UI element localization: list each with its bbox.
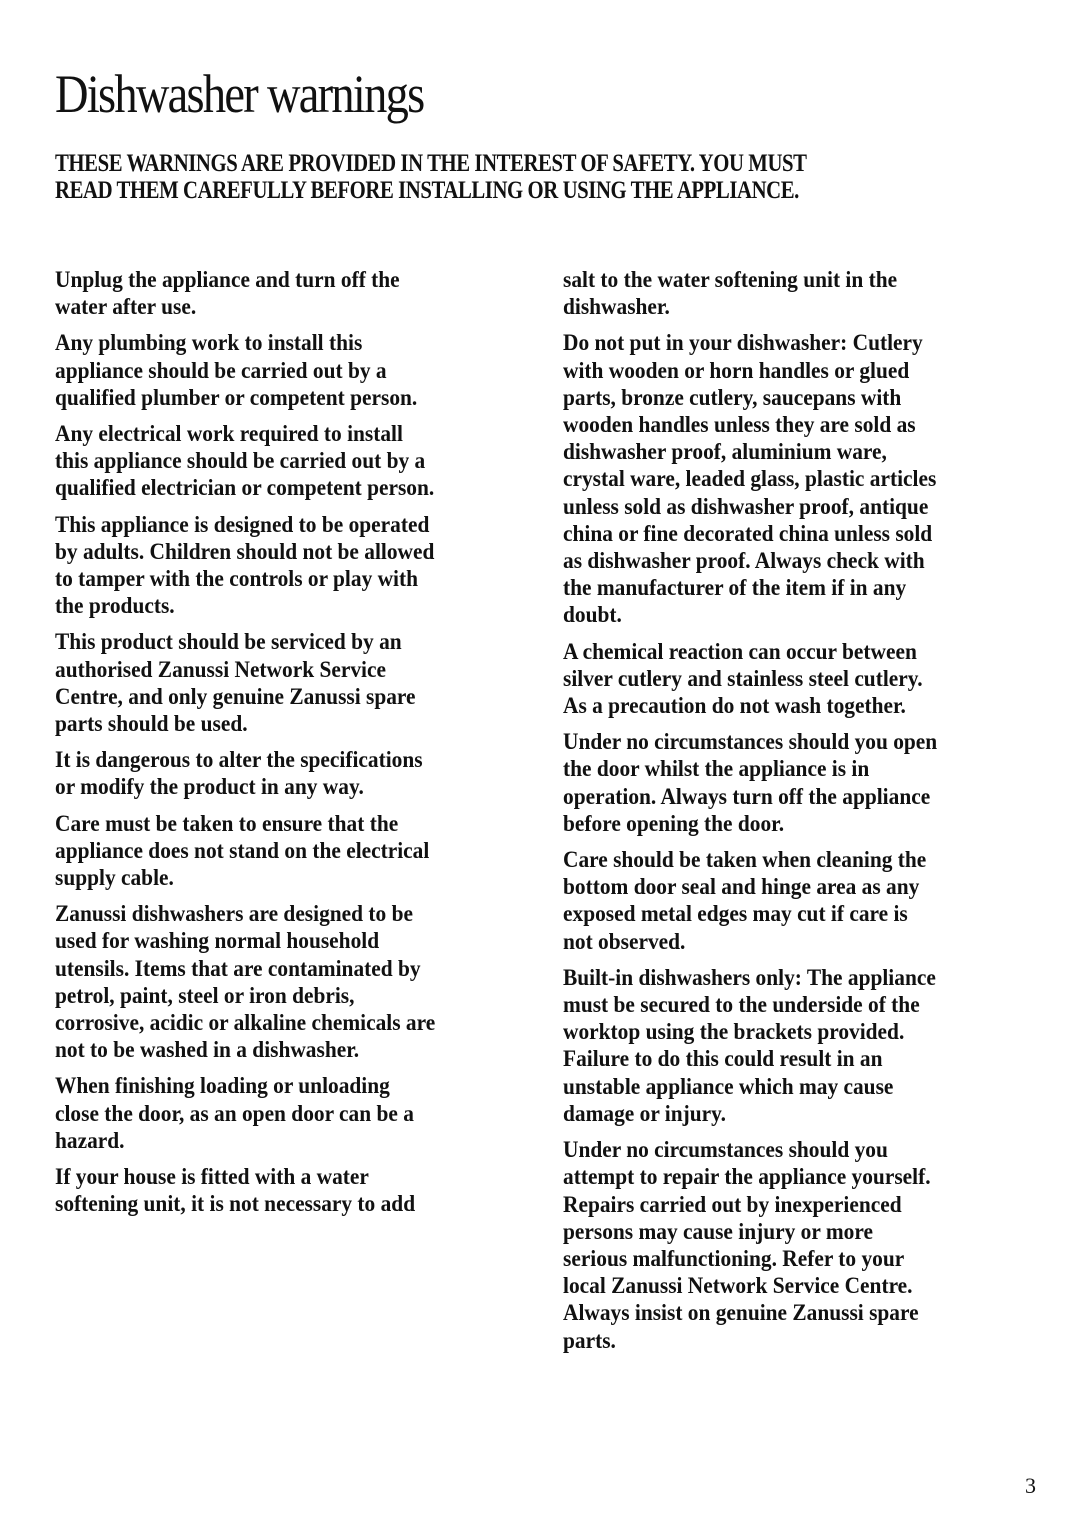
text-line: parts. xyxy=(563,1327,1009,1354)
text-line: unstable appliance which may cause xyxy=(563,1073,1009,1100)
text-line: utensils. Items that are contaminated by xyxy=(55,955,501,982)
text-line: damage or injury. xyxy=(563,1100,1009,1127)
text-line: as dishwasher proof. Always check with xyxy=(563,547,1009,574)
text-line: operation. Always turn off the appliance xyxy=(563,783,1009,810)
text-line: must be secured to the underside of the xyxy=(563,991,1009,1018)
page-number: 3 xyxy=(1025,1474,1036,1498)
warning-paragraph: A chemical reaction can occur betweensil… xyxy=(563,638,1043,720)
text-line: Always insist on genuine Zanussi spare xyxy=(563,1299,1009,1326)
text-line: crystal ware, leaded glass, plastic arti… xyxy=(563,465,1009,492)
text-line: If your house is fitted with a water xyxy=(55,1163,501,1190)
text-line: supply cable. xyxy=(55,864,501,891)
text-line: It is dangerous to alter the specificati… xyxy=(55,746,501,773)
text-line: the manufacturer of the item if in any xyxy=(563,574,1009,601)
text-line: corrosive, acidic or alkaline chemicals … xyxy=(55,1009,501,1036)
text-line: As a precaution do not wash together. xyxy=(563,692,1009,719)
text-line: Care must be taken to ensure that the xyxy=(55,810,501,837)
text-line: exposed metal edges may cut if care is xyxy=(563,900,1009,927)
warning-paragraph: When finishing loading or unloadingclose… xyxy=(55,1072,535,1154)
text-line: before opening the door. xyxy=(563,810,1009,837)
text-line: Built-in dishwashers only: The appliance xyxy=(563,964,1009,991)
text-line: used for washing normal household xyxy=(55,927,501,954)
warning-paragraph: It is dangerous to alter the specificati… xyxy=(55,746,535,800)
warning-paragraph: This appliance is designed to be operate… xyxy=(55,511,535,620)
text-line: attempt to repair the appliance yourself… xyxy=(563,1163,1009,1190)
text-line: the products. xyxy=(55,592,501,619)
text-line: Unplug the appliance and turn off the xyxy=(55,266,501,293)
text-line: unless sold as dishwasher proof, antique xyxy=(563,493,1009,520)
right-column: salt to the water softening unit in thed… xyxy=(563,266,1043,1363)
text-line: Zanussi dishwashers are designed to be xyxy=(55,900,501,927)
text-line: dishwasher proof, aluminium ware, xyxy=(563,438,1009,465)
text-line: this appliance should be carried out by … xyxy=(55,447,501,474)
text-line: qualified electrician or competent perso… xyxy=(55,474,501,501)
text-line: or modify the product in any way. xyxy=(55,773,501,800)
text-line: Repairs carried out by inexperienced xyxy=(563,1191,1009,1218)
text-line: local Zanussi Network Service Centre. xyxy=(563,1272,1009,1299)
text-line: silver cutlery and stainless steel cutle… xyxy=(563,665,1009,692)
text-line: by adults. Children should not be allowe… xyxy=(55,538,501,565)
intro-line: THESE WARNINGS ARE PROVIDED IN THE INTER… xyxy=(55,150,1018,177)
text-line: to tamper with the controls or play with xyxy=(55,565,501,592)
text-line: Care should be taken when cleaning the xyxy=(563,846,1009,873)
text-line: Under no circumstances should you open xyxy=(563,728,1009,755)
text-line: salt to the water softening unit in the xyxy=(563,266,1009,293)
text-line: Any plumbing work to install this xyxy=(55,329,501,356)
text-line: not observed. xyxy=(563,928,1009,955)
text-line: authorised Zanussi Network Service xyxy=(55,656,501,683)
text-line: Failure to do this could result in an xyxy=(563,1045,1009,1072)
text-line: wooden handles unless they are sold as xyxy=(563,411,1009,438)
text-line: close the door, as an open door can be a xyxy=(55,1100,501,1127)
warning-paragraph: salt to the water softening unit in thed… xyxy=(563,266,1043,320)
text-line: not to be washed in a dishwasher. xyxy=(55,1036,501,1063)
safety-intro-warning: THESE WARNINGS ARE PROVIDED IN THE INTER… xyxy=(55,150,1018,204)
text-line: Under no circumstances should you xyxy=(563,1136,1009,1163)
warning-paragraph: Under no circumstances should you openth… xyxy=(563,728,1043,837)
warning-paragraph: Care should be taken when cleaning thebo… xyxy=(563,846,1043,955)
text-line: parts should be used. xyxy=(55,710,501,737)
warning-paragraph: Zanussi dishwashers are designed to beus… xyxy=(55,900,535,1063)
text-line: worktop using the brackets provided. xyxy=(563,1018,1009,1045)
text-line: bottom door seal and hinge area as any xyxy=(563,873,1009,900)
text-line: persons may cause injury or more xyxy=(563,1218,1009,1245)
warning-paragraph: This product should be serviced by anaut… xyxy=(55,628,535,737)
intro-line: READ THEM CAREFULLY BEFORE INSTALLING OR… xyxy=(55,177,1018,204)
warning-paragraph: Care must be taken to ensure that theapp… xyxy=(55,810,535,892)
text-line: water after use. xyxy=(55,293,501,320)
text-line: china or fine decorated china unless sol… xyxy=(563,520,1009,547)
text-line: with wooden or horn handles or glued xyxy=(563,357,1009,384)
text-line: This appliance is designed to be operate… xyxy=(55,511,501,538)
text-line: A chemical reaction can occur between xyxy=(563,638,1009,665)
text-line: petrol, paint, steel or iron debris, xyxy=(55,982,501,1009)
text-line: Any electrical work required to install xyxy=(55,420,501,447)
warning-paragraph: If your house is fitted with a watersoft… xyxy=(55,1163,535,1217)
text-line: Do not put in your dishwasher: Cutlery xyxy=(563,329,1009,356)
text-line: Centre, and only genuine Zanussi spare xyxy=(55,683,501,710)
warning-paragraph: Under no circumstances should youattempt… xyxy=(563,1136,1043,1354)
left-column: Unplug the appliance and turn off thewat… xyxy=(55,266,535,1227)
page-title: Dishwasher warnings xyxy=(55,62,423,126)
warning-paragraph: Do not put in your dishwasher: Cutlerywi… xyxy=(563,329,1043,628)
text-line: softening unit, it is not necessary to a… xyxy=(55,1190,501,1217)
text-line: the door whilst the appliance is in xyxy=(563,755,1009,782)
warning-paragraph: Any plumbing work to install thisapplian… xyxy=(55,329,535,411)
text-line: doubt. xyxy=(563,601,1009,628)
text-line: appliance does not stand on the electric… xyxy=(55,837,501,864)
text-line: qualified plumber or competent person. xyxy=(55,384,501,411)
text-line: serious malfunctioning. Refer to your xyxy=(563,1245,1009,1272)
warning-paragraph: Built-in dishwashers only: The appliance… xyxy=(563,964,1043,1127)
text-line: dishwasher. xyxy=(563,293,1009,320)
text-line: appliance should be carried out by a xyxy=(55,357,501,384)
text-line: When finishing loading or unloading xyxy=(55,1072,501,1099)
warning-paragraph: Unplug the appliance and turn off thewat… xyxy=(55,266,535,320)
warning-paragraph: Any electrical work required to installt… xyxy=(55,420,535,502)
text-line: hazard. xyxy=(55,1127,501,1154)
text-line: parts, bronze cutlery, saucepans with xyxy=(563,384,1009,411)
text-line: This product should be serviced by an xyxy=(55,628,501,655)
